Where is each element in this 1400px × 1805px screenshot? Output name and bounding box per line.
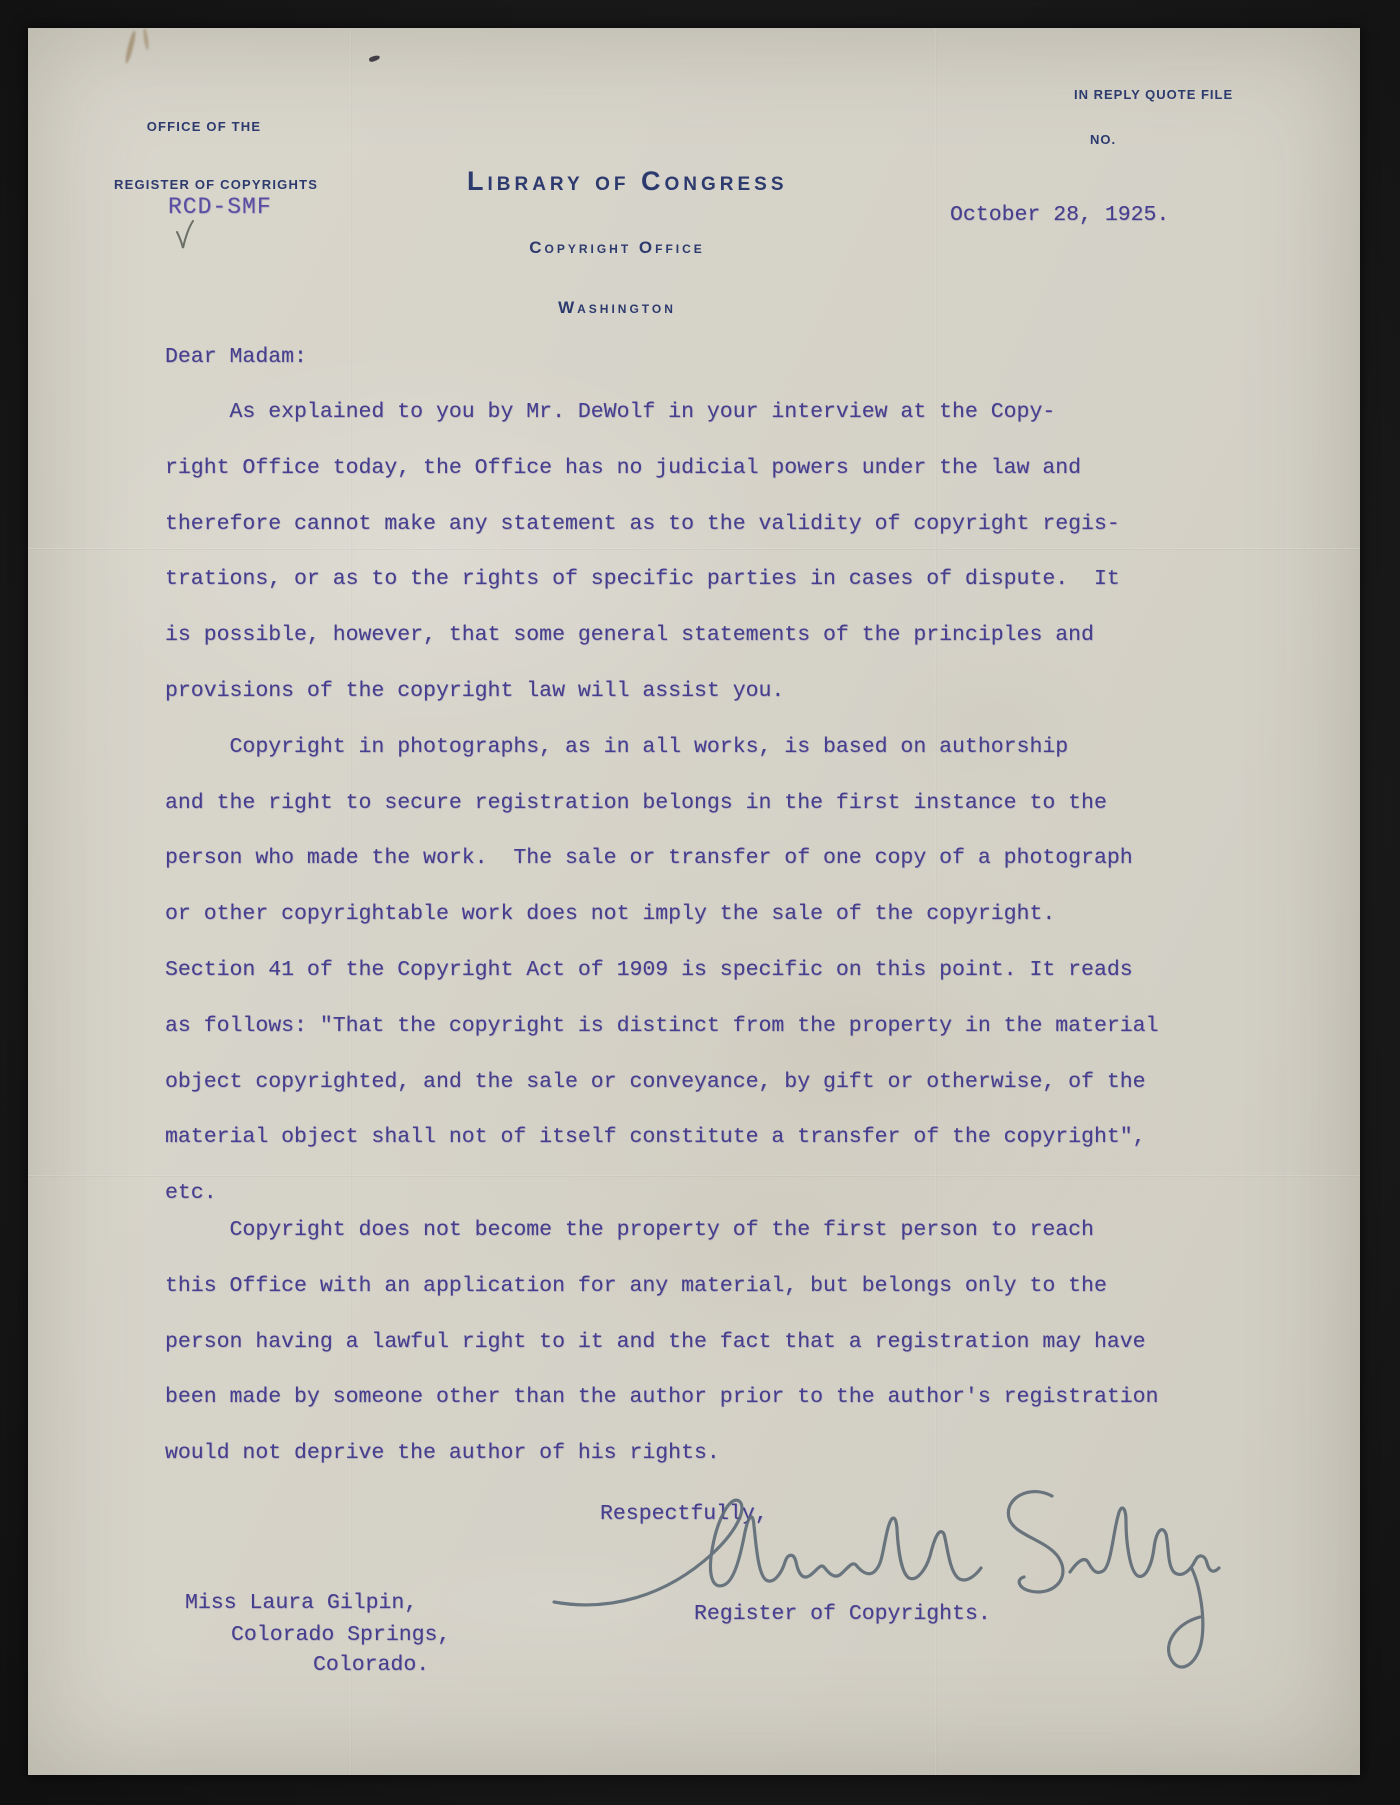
scan-backdrop: { "letterhead": { "office_line1": "OFFIC… xyxy=(0,0,1400,1805)
letter-date: October 28, 1925. xyxy=(950,203,1169,227)
body-line-14: material object shall not of itself cons… xyxy=(165,1110,1225,1166)
letterhead-office-line2: REGISTER OF COPYRIGHTS xyxy=(114,178,294,191)
body-line-18: person having a lawful right to it and t… xyxy=(165,1315,1225,1371)
paper-stain xyxy=(124,30,137,64)
letterhead-office-line1: OFFICE OF THE xyxy=(114,120,294,133)
ink-speck xyxy=(368,54,380,62)
recipient-state: Colorado. xyxy=(313,1653,429,1677)
body-line-10: or other copyrightable work does not imp… xyxy=(165,887,1225,943)
body-line-12: as follows: "That the copyright is disti… xyxy=(165,999,1225,1055)
body-line-11: Section 41 of the Copyright Act of 1909 … xyxy=(165,943,1225,999)
letterhead-reply-note: IN REPLY QUOTE FILE xyxy=(1074,88,1233,101)
file-stamp: RCD-SMF xyxy=(168,194,272,220)
body-line-7: Copyright in photographs, as in all work… xyxy=(165,720,1225,776)
body-line-16: Copyright does not become the property o… xyxy=(165,1203,1225,1259)
letter-paper: OFFICE OF THE REGISTER OF COPYRIGHTS Lib… xyxy=(28,28,1360,1775)
body-line-19: been made by someone other than the auth… xyxy=(165,1370,1225,1426)
body-line-8: and the right to secure registration bel… xyxy=(165,776,1225,832)
body-line-5: is possible, however, that some general … xyxy=(165,608,1225,664)
body-line-9: person who made the work. The sale or tr… xyxy=(165,831,1225,887)
letterhead-org-city: Washington xyxy=(467,299,767,316)
body-line-17: this Office with an application for any … xyxy=(165,1259,1225,1315)
recipient-name: Miss Laura Gilpin, xyxy=(185,1591,417,1615)
body-line-1: As explained to you by Mr. DeWolf in you… xyxy=(165,385,1225,441)
letterhead-org-block: Library of Congress Copyright Office Was… xyxy=(467,132,767,352)
letterhead-org-name: Library of Congress xyxy=(467,168,767,195)
body-line-4: trations, or as to the rights of specifi… xyxy=(165,552,1225,608)
body-line-3: therefore cannot make any statement as t… xyxy=(165,497,1225,553)
body-line-6: provisions of the copyright law will ass… xyxy=(165,664,1225,720)
body-line-2: right Office today, the Office has no ju… xyxy=(165,441,1225,497)
salutation: Dear Madam: xyxy=(165,345,307,369)
letter-body: As explained to you by Mr. DeWolf in you… xyxy=(165,385,1225,1482)
letterhead-org-office: Copyright Office xyxy=(467,239,767,256)
letterhead-reply-no: NO. xyxy=(1090,133,1116,146)
signature-handwriting xyxy=(540,1474,1230,1684)
body-line-13: object copyrighted, and the sale or conv… xyxy=(165,1055,1225,1111)
check-mark xyxy=(174,220,196,250)
signature-title: Register of Copyrights. xyxy=(694,1602,991,1626)
recipient-city: Colorado Springs, xyxy=(231,1623,450,1647)
paper-stain xyxy=(142,28,149,50)
